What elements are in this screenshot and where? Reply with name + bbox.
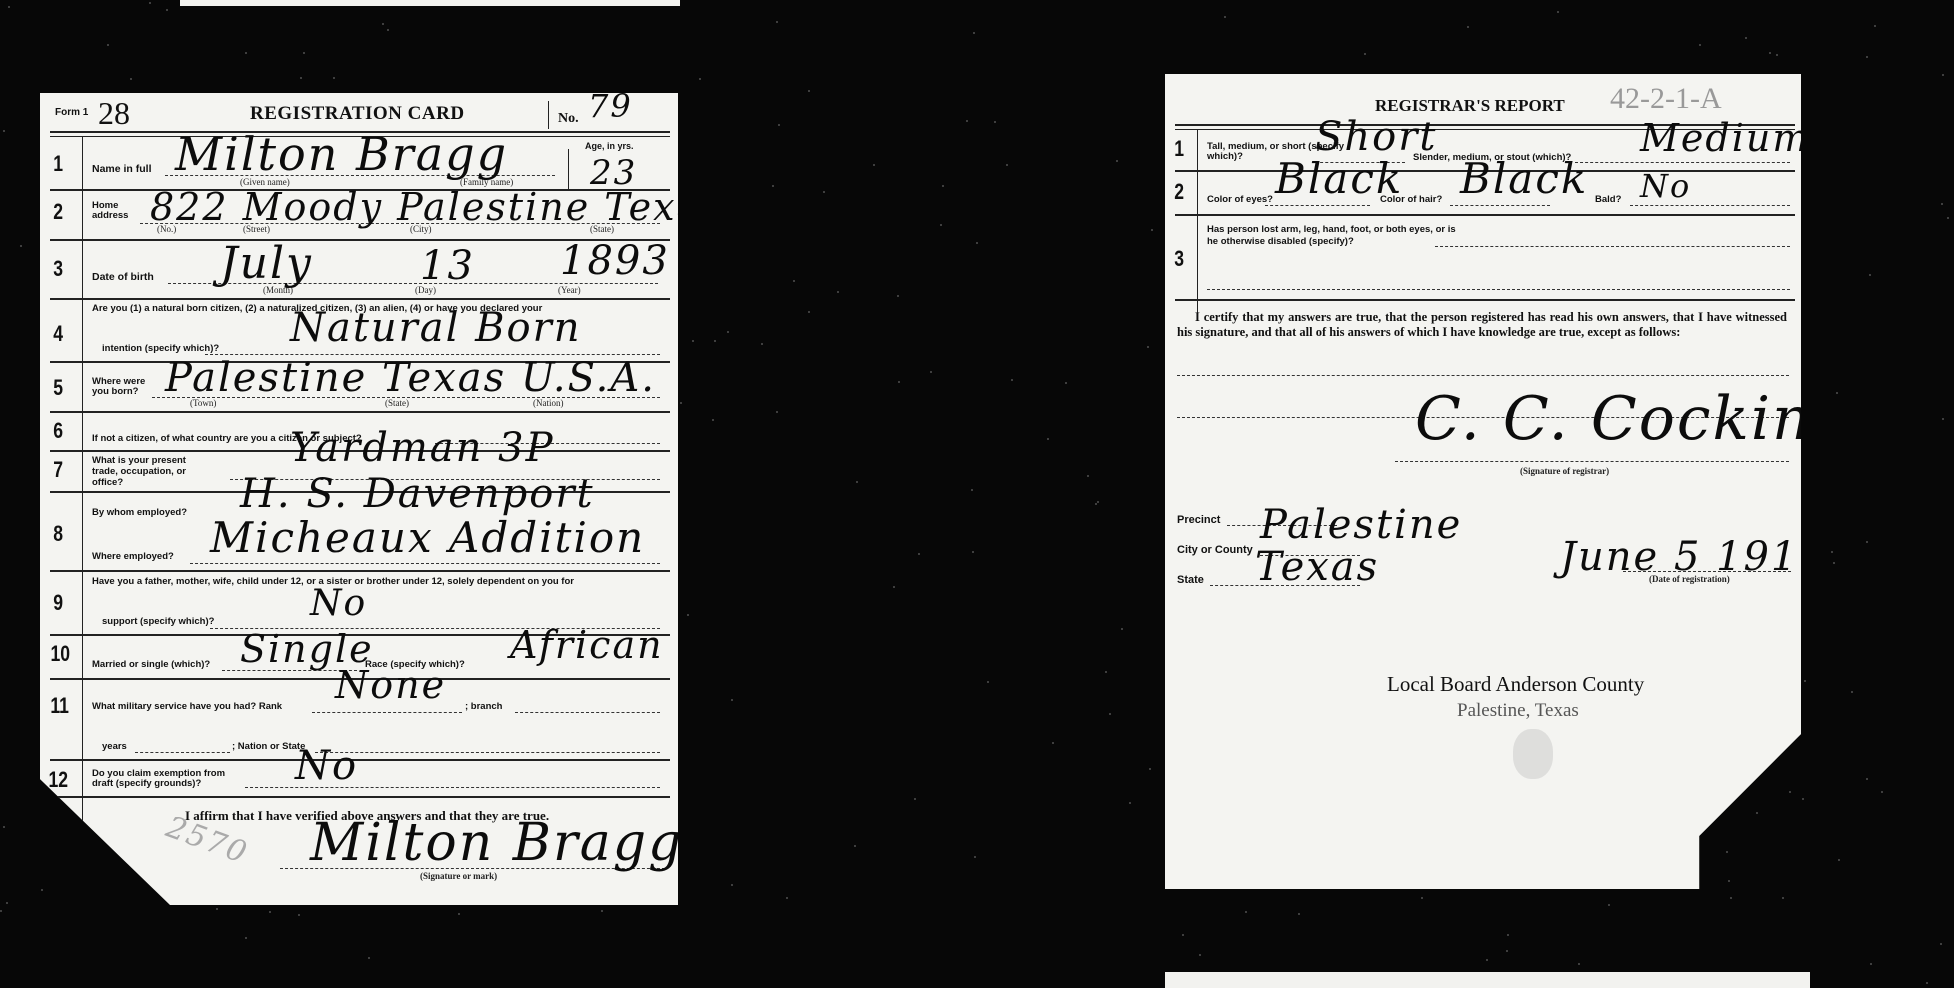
speck [1831,551,1833,553]
speck [1869,274,1871,276]
speck [854,845,856,847]
speck [0,910,2,912]
bald-label: Bald? [1595,194,1621,206]
row-number: 3 [1174,246,1184,272]
speck [1364,53,1366,55]
years-label: years [102,741,127,753]
speck [1116,160,1118,162]
adjacent-card-strip-top [180,0,680,6]
speck [974,856,976,858]
speck [1947,217,1949,219]
speck [1199,954,1201,956]
exemption-value: No [295,743,358,789]
speck [786,897,788,899]
speck [714,340,716,342]
precinct-label: Precinct [1177,514,1220,526]
speck [8,6,10,8]
speck [808,311,810,313]
state-label: State [1177,574,1204,586]
eye-color-label: Color of eyes? [1207,194,1273,206]
speck [269,911,271,913]
employer-value: H. S. Davenport [240,471,595,517]
row-number: 2 [1174,179,1184,205]
speck [1728,880,1730,882]
caption: (Year) [558,285,581,295]
speck [303,52,305,54]
registration-card: Form 1 28 REGISTRATION CARD No. 79 1 Nam… [40,93,678,905]
speck [1881,791,1883,793]
speck [216,908,218,910]
form-label: Form 1 [55,107,88,119]
speck [1776,54,1778,56]
employer-label: By whom employed? [92,507,187,519]
speck [1942,74,1944,76]
speck [333,77,335,79]
speck [976,242,978,244]
city-value: Palestine [1260,502,1462,548]
speck [1940,943,1942,945]
card-title: REGISTRATION CARD [250,103,465,125]
speck [149,2,151,4]
occupation-value: Yardman 3P [290,425,555,471]
speck [1804,680,1806,682]
branch-label: ; branch [465,701,502,713]
speck [1467,26,1469,28]
speck [1870,963,1872,965]
speck [873,164,875,166]
speck [1052,742,1054,744]
row-number: 5 [53,375,63,401]
name-value: Milton Bragg [175,127,508,181]
registrar-signature-caption: (Signature of registrar) [1520,466,1609,476]
speck [994,121,996,123]
speck [731,699,733,701]
speck [1224,16,1226,18]
speck [731,884,733,886]
build-value: Medium [1640,116,1810,160]
dob-label: Date of birth [92,271,154,283]
birthplace-value: Palestine Texas U.S.A. [165,355,656,401]
speck [1065,382,1067,384]
speck [680,402,682,404]
race-value: African [510,623,664,667]
speck [1421,897,1423,899]
certification-text: I certify that my answers are true, that… [1177,310,1787,340]
speck [107,44,109,46]
row-number: 1 [1174,136,1184,162]
speck [778,124,780,126]
speck [1557,11,1559,13]
speck [1507,934,1509,936]
exemption-label: Do you claim exemption from draft (speci… [92,769,232,789]
registration-date-caption: (Date of registration) [1649,574,1730,584]
speck [1789,791,1791,793]
speck [1486,959,1488,961]
speck [1838,859,1840,861]
speck [1129,802,1131,804]
occupation-label: What is your present trade, occupation, … [92,455,212,488]
ink-smudge [1513,729,1553,779]
speck [776,411,778,413]
speck [1608,904,1610,906]
marital-label: Married or single (which)? [92,659,210,671]
speck [130,78,132,80]
speck [1782,897,1784,899]
speck [1699,44,1701,46]
speck [1087,475,1089,477]
speck [20,245,22,247]
work-location-label: Where employed? [92,551,174,563]
speck [1941,203,1943,205]
speck [1149,768,1151,770]
speck [930,371,932,373]
home-address-label: Home address [92,201,132,221]
speck [245,52,247,54]
speck [1866,778,1868,780]
hair-color-value: Black [1460,154,1588,203]
speck [1769,52,1771,54]
speck [712,419,714,421]
speck [940,224,942,226]
speck [41,889,43,891]
dob-day: 13 [420,243,475,289]
speck [914,798,916,800]
speck [458,913,460,915]
row-number: 9 [53,590,63,616]
row-number: 3 [53,256,63,282]
local-board-stamp: Local Board Anderson County [1387,672,1644,697]
speck [942,185,944,187]
dob-month: July [220,238,313,289]
speck [687,614,689,616]
row-number: 7 [53,457,63,483]
speck [1147,346,1149,348]
speck [1874,25,1876,27]
speck [1730,897,1732,899]
hair-color-label: Color of hair? [1380,194,1442,206]
speck [776,21,778,23]
speck [245,937,247,939]
state-value: Texas [1255,544,1379,590]
speck [1109,713,1111,715]
speck [1097,501,1099,503]
name-label: Name in full [92,163,152,175]
speck [692,340,694,342]
adjacent-card-strip-bottom [1165,972,1810,988]
dependents-value: No [310,583,367,624]
age-label: Age, in yrs. [585,140,634,152]
speck [918,553,920,555]
bald-value: No [1640,167,1691,205]
row-number: 6 [53,418,63,444]
home-address-value: 822 Moody Palestine Texas [150,185,723,229]
speck [3,826,5,828]
speck [300,77,302,79]
speck [1866,541,1868,543]
speck [966,120,968,122]
speck [1121,628,1123,630]
speck [298,914,300,916]
speck [897,295,899,297]
speck [1006,164,1008,166]
stamp-code: 42-2-1-A [1610,82,1722,116]
speck [1836,392,1838,394]
speck [823,191,825,193]
registrars-report-card: REGISTRAR'S REPORT 42-2-1-A 1 Tall, medi… [1165,74,1801,889]
speck [1866,56,1868,58]
speck [973,32,975,34]
speck [1578,963,1580,965]
local-board-city-stamp: Palestine, Texas [1457,700,1579,722]
city-county-label: City or County [1177,544,1253,556]
birthplace-label: Where were you born? [92,377,152,397]
speck [1726,851,1728,853]
speck [1245,911,1247,913]
speck [1182,934,1184,936]
speck [6,902,8,904]
speck [1833,562,1835,564]
speck [898,381,900,383]
row-number: 2 [53,199,63,225]
speck [1506,950,1508,952]
speck [1298,913,1300,915]
row-number: 4 [53,321,63,347]
speck [793,280,795,282]
work-location-value: Micheaux Addition [210,513,645,562]
speck [601,910,603,912]
speck [1756,812,1758,814]
speck [3,130,5,132]
speck [382,23,384,25]
speck [1105,671,1107,673]
speck [761,343,763,345]
dob-year: 1893 [560,238,670,284]
speck [699,78,701,80]
serial-number: 79 [588,87,633,125]
speck [1011,379,1013,381]
speck [772,185,774,187]
speck [1745,37,1747,39]
speck [808,90,810,92]
speck [837,291,839,293]
speck [1942,418,1944,420]
speck [387,29,389,31]
no-label: No. [558,111,579,127]
speck [1851,691,1853,693]
military-label: What military service have you had? Rank [92,701,282,713]
row-number: 1 [53,151,63,177]
speck [972,551,974,553]
form-number: 28 [98,95,130,132]
row-number: 11 [50,693,69,719]
speck [1926,982,1928,984]
speck [166,9,168,11]
speck [727,331,729,333]
speck [368,957,370,959]
row-number: 12 [48,767,68,793]
speck [1151,229,1153,231]
speck [1047,438,1049,440]
registrar-signature: C. C. Cocking [1415,384,1853,454]
dependents-label: support (specify which)? [102,616,214,628]
speck [987,681,989,683]
speck [1095,503,1097,505]
military-rank-value: None [335,663,446,707]
speck [1802,798,1804,800]
speck [856,481,858,483]
row-number: 8 [53,521,63,547]
registrant-signature: Milton Bragg [310,813,683,873]
disability-label: Has person lost arm, leg, hand, foot, or… [1207,224,1457,248]
speck [893,586,895,588]
row-number: 10 [50,641,70,667]
citizenship-value: Natural Born [290,305,582,351]
speck [971,489,973,491]
citizenship-label: intention (specify which)? [102,343,219,355]
report-title: REGISTRAR'S REPORT [1375,96,1565,116]
